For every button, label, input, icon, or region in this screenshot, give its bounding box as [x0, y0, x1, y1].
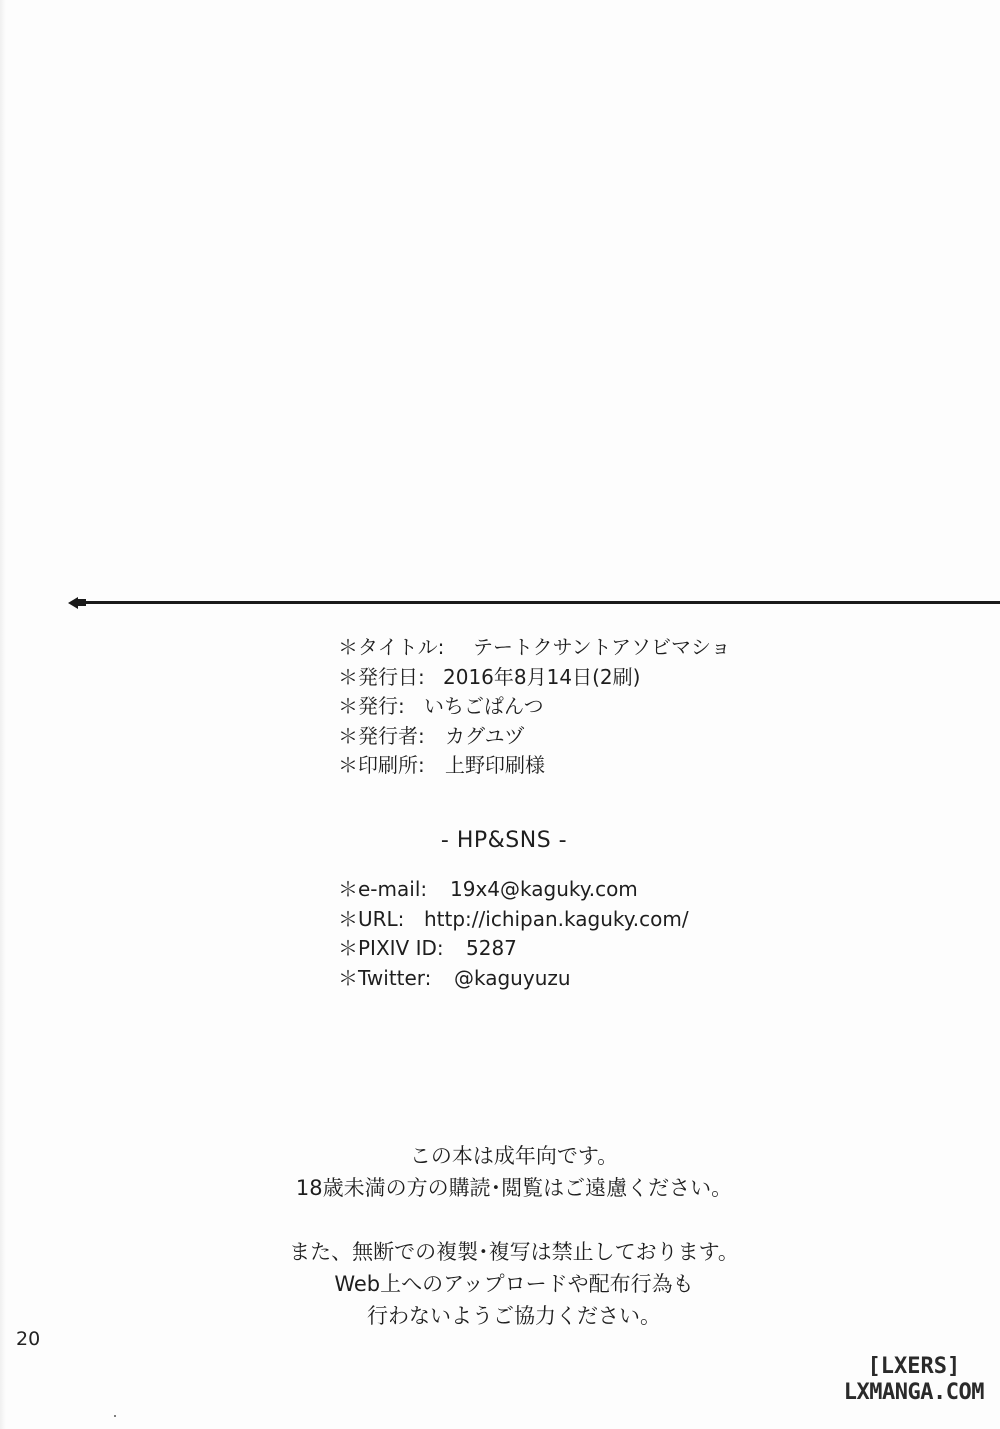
colophon-value: 2016年8月14日(2刷) — [443, 663, 640, 693]
colophon-row-printer: ＊印刷所: 上野印刷様 — [338, 751, 731, 781]
colophon-label: ＊発行日: — [338, 663, 443, 693]
sns-row-url: ＊URL: http://ichipan.kaguky.com/ — [338, 905, 689, 935]
sns-value-twitter: @kaguyuzu — [454, 964, 571, 994]
colophon-value: カグユヅ — [445, 722, 525, 752]
colophon-block: ＊タイトル: テートクサントアソビマショ ＊発行日: 2016年8月14日(2刷… — [338, 633, 731, 781]
notice-line: Web上へのアップロードや配布行為も — [28, 1268, 1000, 1300]
colophon-row-title: ＊タイトル: テートクサントアソビマショ — [338, 633, 731, 663]
watermark-line2: LXMANGA.COM — [844, 1380, 984, 1406]
colophon-label: ＊発行: — [338, 692, 424, 722]
legal-notice: この本は成年向です。 18歳未満の方の購読･閲覧はご遠慮ください。 また、無断で… — [0, 1140, 1000, 1332]
scan-speck — [114, 1415, 116, 1417]
colophon-value: テートクサントアソビマショ — [473, 633, 731, 663]
notice-line: 行わないようご協力ください。 — [28, 1300, 1000, 1332]
sns-label: ＊e-mail: — [338, 875, 450, 905]
colophon-row-circle: ＊発行: いちごぱんつ — [338, 692, 731, 722]
sns-row-twitter: ＊Twitter: @kaguyuzu — [338, 964, 689, 994]
colophon-row-date: ＊発行日: 2016年8月14日(2刷) — [338, 663, 731, 693]
colophon-label: ＊タイトル: — [338, 633, 473, 663]
sns-row-pixiv: ＊PIXIV ID: 5287 — [338, 934, 689, 964]
sns-label: ＊PIXIV ID: — [338, 934, 466, 964]
colophon-label: ＊印刷所: — [338, 751, 445, 781]
divider-line — [80, 601, 1000, 604]
sns-value-url: http://ichipan.kaguky.com/ — [424, 905, 689, 935]
watermark: [LXERS] LXMANGA.COM — [844, 1354, 984, 1406]
page-number: 20 — [16, 1328, 40, 1350]
watermark-line1: [LXERS] — [844, 1354, 984, 1380]
colophon-value: 上野印刷様 — [445, 751, 545, 781]
notice-line: また、無断での複製･複写は禁止しております。 — [28, 1236, 1000, 1268]
sns-label: ＊URL: — [338, 905, 424, 935]
notice-line: 18歳未満の方の購読･閲覧はご遠慮ください。 — [28, 1172, 1000, 1204]
sns-heading: - HP&SNS - — [0, 828, 1000, 853]
notice-line: この本は成年向です。 — [28, 1140, 1000, 1172]
colophon-label: ＊発行者: — [338, 722, 445, 752]
paragraph-gap — [28, 1204, 1000, 1236]
sns-label: ＊Twitter: — [338, 964, 454, 994]
colophon-row-publisher: ＊発行者: カグユヅ — [338, 722, 731, 752]
sns-row-email: ＊e-mail: 19x4@kaguky.com — [338, 875, 689, 905]
sns-value-email: 19x4@kaguky.com — [450, 875, 638, 905]
sns-list: ＊e-mail: 19x4@kaguky.com ＊URL: http://ic… — [338, 875, 689, 993]
sns-value-pixiv: 5287 — [466, 934, 517, 964]
colophon-value: いちごぱんつ — [424, 692, 544, 722]
